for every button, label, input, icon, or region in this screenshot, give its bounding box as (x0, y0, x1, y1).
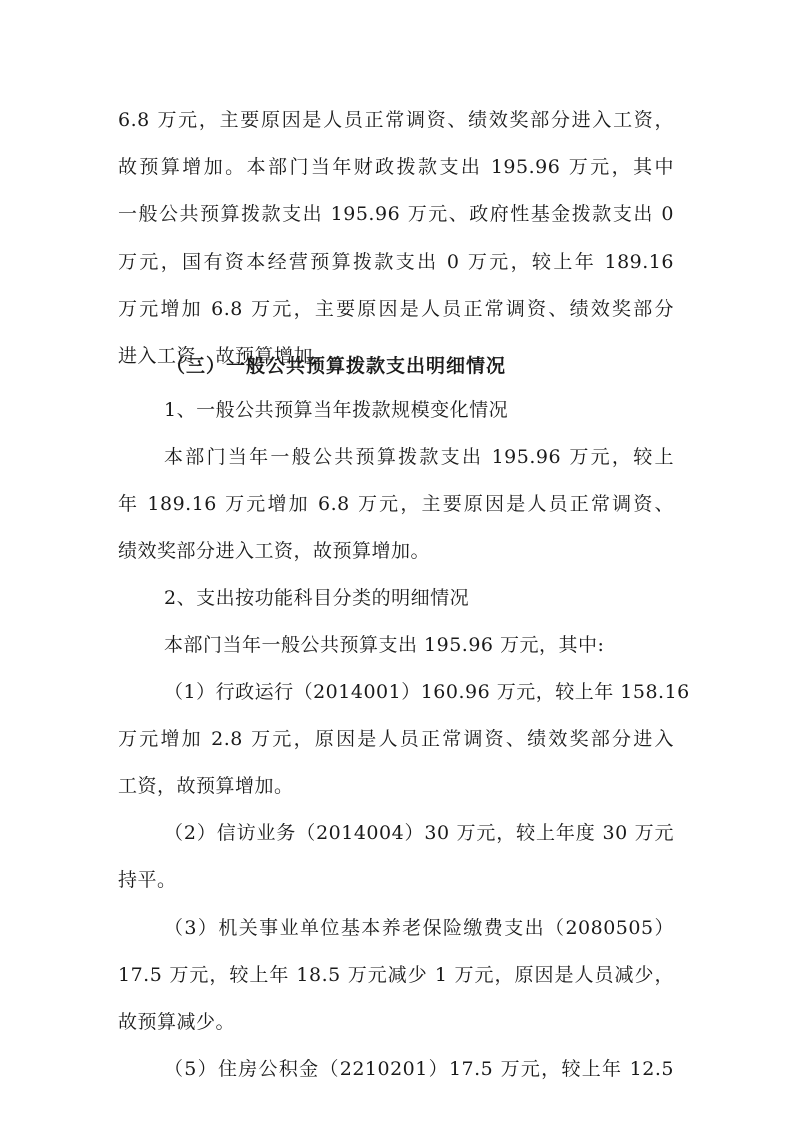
paragraph-line: 万元增加 2.8 万元，原因是人员正常调资、绩效奖部分进入 (118, 727, 674, 751)
paragraph-line: 绩效奖部分进入工资，故预算增加。 (118, 539, 674, 563)
list-item-line: （2）信访业务（2014004）30 万元，较上年度 30 万元 (164, 821, 674, 845)
paragraph-line: 本部门当年一般公共预算支出 195.96 万元，其中: (164, 633, 604, 657)
paragraph-line: 一般公共预算拨款支出 195.96 万元、政府性基金拨款支出 0 (118, 202, 674, 226)
paragraph-line: 万元增加 6.8 万元，主要原因是人员正常调资、绩效奖部分 (118, 297, 674, 321)
paragraph-line: 持平。 (118, 868, 674, 892)
section-heading: （三）一般公共预算拨款支出明细情况 (166, 354, 506, 378)
document-page: 6.8 万元，主要原因是人员正常调资、绩效奖部分进入工资， 故预算增加。本部门当… (0, 0, 793, 1122)
subsection-heading: 2、支出按功能科目分类的明细情况 (164, 586, 469, 610)
paragraph-line: 本部门当年一般公共预算拨款支出 195.96 万元，较上 (164, 445, 674, 469)
list-item-line: （5）住房公积金（2210201）17.5 万元，较上年 12.5 (164, 1057, 674, 1081)
paragraph-line: 故预算减少。 (118, 1010, 674, 1034)
paragraph-line: 万元，国有资本经营预算拨款支出 0 万元，较上年 189.16 (118, 250, 674, 274)
paragraph-line: 17.5 万元，较上年 18.5 万元减少 1 万元，原因是人员减少， (118, 963, 674, 987)
subsection-heading: 1、一般公共预算当年拨款规模变化情况 (164, 398, 508, 422)
list-item-line: （1）行政运行（2014001）160.96 万元，较上年 158.16 (164, 680, 674, 704)
paragraph-line: 工资，故预算增加。 (118, 774, 674, 798)
paragraph-line: 年 189.16 万元增加 6.8 万元，主要原因是人员正常调资、 (118, 492, 674, 516)
list-item-line: （3）机关事业单位基本养老保险缴费支出（2080505） (164, 916, 674, 940)
paragraph-line: 故预算增加。本部门当年财政拨款支出 195.96 万元，其中 (118, 155, 674, 179)
paragraph-line: 6.8 万元，主要原因是人员正常调资、绩效奖部分进入工资， (118, 108, 674, 132)
